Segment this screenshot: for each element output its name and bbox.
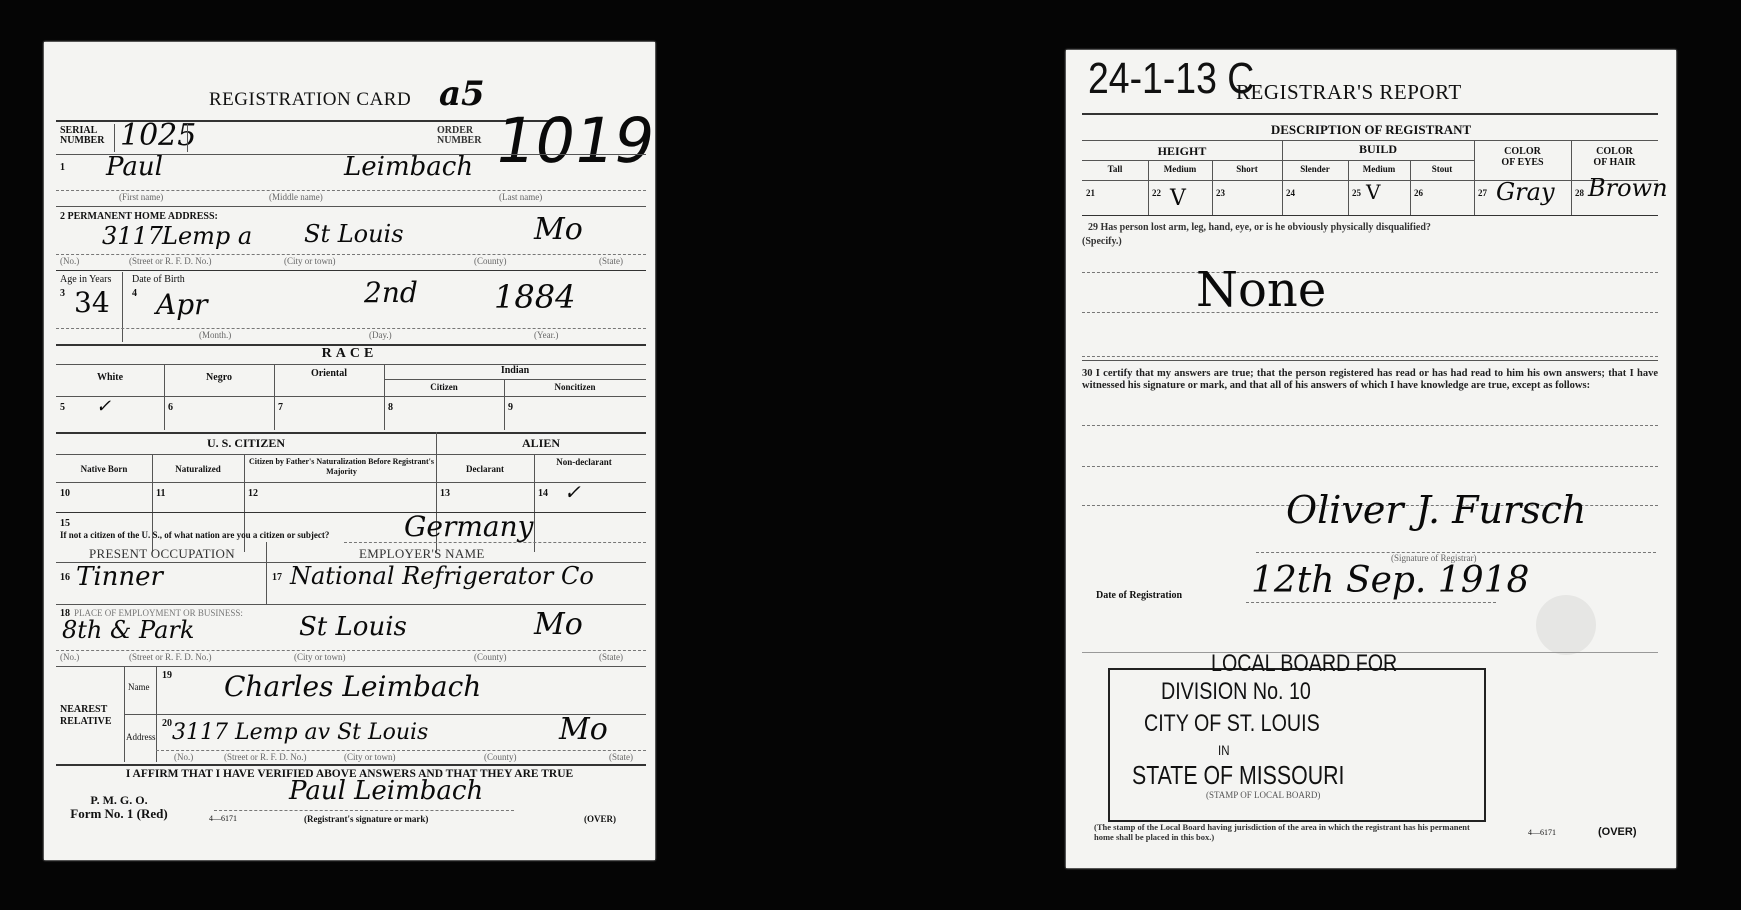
file-code: 24-1-13 C [1088, 54, 1254, 104]
us-citizen-header: U. S. CITIZEN [56, 436, 436, 451]
serial-label: SERIALNUMBER [60, 126, 104, 146]
occupation-header: PRESENT OCCUPATION [89, 546, 235, 562]
height-medium-mark: V [1170, 186, 1186, 211]
employment-state: Mo [534, 607, 583, 642]
home-address-city: St Louis [304, 220, 404, 248]
order-label: ORDERNUMBER [437, 126, 481, 146]
race-header: RACE [44, 346, 655, 362]
employment-street: 8th & Park [62, 616, 194, 644]
employer-header: EMPLOYER'S NAME [359, 546, 485, 562]
home-address-header: 2 PERMANENT HOME ADDRESS: [60, 211, 218, 222]
card-title: REGISTRATION CARD [209, 89, 411, 111]
first-name: Paul [106, 152, 163, 182]
registrar-signature: Oliver J. Fursch [1286, 488, 1586, 532]
registration-card-front: REGISTRATION CARD a5 SERIALNUMBER 1025 O… [44, 42, 655, 860]
nondeclarant-mark: ✓ [564, 480, 581, 504]
title-annotation: a5 [439, 74, 485, 114]
hair-color: Brown [1588, 174, 1668, 202]
home-address-number: 3117 [102, 222, 163, 250]
dob-month: Apr [156, 288, 208, 321]
stamp-instructions: (The stamp of the Local Board having jur… [1094, 822, 1484, 842]
order-number: 1019 [490, 104, 661, 177]
registrant-signature: Paul Leimbach [289, 776, 483, 806]
form-id: P. M. G. O. Form No. 1 (Red) [64, 794, 174, 820]
local-board-stamp: LOCAL BOARD FOR [1108, 650, 1482, 678]
relative-name: Charles Leimbach [224, 670, 481, 703]
eye-color: Gray [1496, 178, 1555, 206]
relative-state: Mo [559, 712, 608, 747]
home-address-state: Mo [534, 212, 583, 247]
serial-number: 1025 [120, 118, 196, 153]
home-address-street: Lemp a [162, 222, 252, 250]
dob-day: 2nd [364, 276, 418, 309]
employment-city: St Louis [299, 612, 407, 642]
date-of-registration-value: 12th Sep. 1918 [1251, 560, 1529, 601]
build-medium-mark: V [1366, 180, 1380, 204]
last-name: Leimbach [344, 152, 473, 182]
nation-value: Germany [404, 510, 533, 543]
race-white-mark: ✓ [96, 396, 111, 417]
occupation-value: Tinner [76, 562, 163, 592]
report-title: REGISTRAR'S REPORT [1236, 80, 1462, 105]
nearest-relative-label: NEARESTRELATIVE [60, 704, 112, 728]
disqualification-answer: None [1196, 262, 1326, 318]
alien-header: ALIEN [436, 436, 646, 451]
registrars-report-back: 24-1-13 C REGISTRAR'S REPORT DESCRIPTION… [1066, 50, 1676, 868]
dob-year: 1884 [494, 278, 575, 316]
description-header: DESCRIPTION OF REGISTRANT [1066, 122, 1676, 138]
date-of-registration-label: Date of Registration [1096, 590, 1182, 601]
faint-seal-mark [1536, 595, 1596, 655]
certification-statement: 30 I certify that my answers are true; t… [1082, 368, 1658, 392]
employer-value: National Refrigerator Co [290, 562, 594, 590]
age-value: 34 [74, 286, 110, 319]
relative-address: 3117 Lemp av St Louis [172, 720, 428, 745]
